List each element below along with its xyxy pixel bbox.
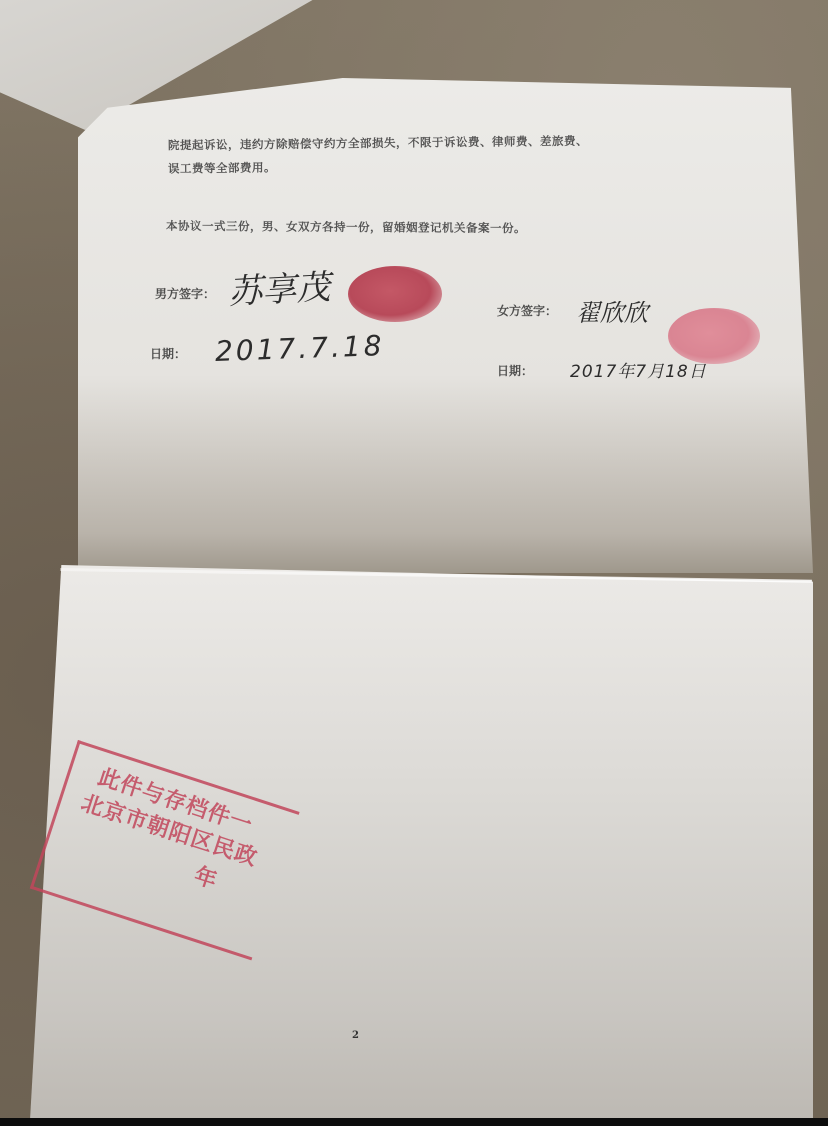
clause-line-2: 误工费等全部费用。 xyxy=(168,159,276,176)
male-signature-label: 男方签字： xyxy=(155,285,215,302)
stamp-line-3: 年 xyxy=(191,859,222,896)
bottom-black-bar xyxy=(0,1118,828,1126)
female-fingerprint xyxy=(668,308,760,364)
female-date: 2017年7月18日 xyxy=(570,357,707,382)
male-date-label: 日期： xyxy=(150,345,186,362)
female-date-label: 日期： xyxy=(497,362,533,379)
male-date: 2017.7.18 xyxy=(214,329,385,368)
male-signature: 苏享茂 xyxy=(227,259,331,313)
female-signature: 翟欣欣 xyxy=(576,293,648,328)
page-number: 2 xyxy=(352,1030,359,1041)
copies-line: 本协议一式三份，男、女双方各持一份，留婚姻登记机关备案一份。 xyxy=(166,218,526,237)
male-fingerprint xyxy=(348,266,442,322)
female-signature-label: 女方签字： xyxy=(497,302,557,319)
